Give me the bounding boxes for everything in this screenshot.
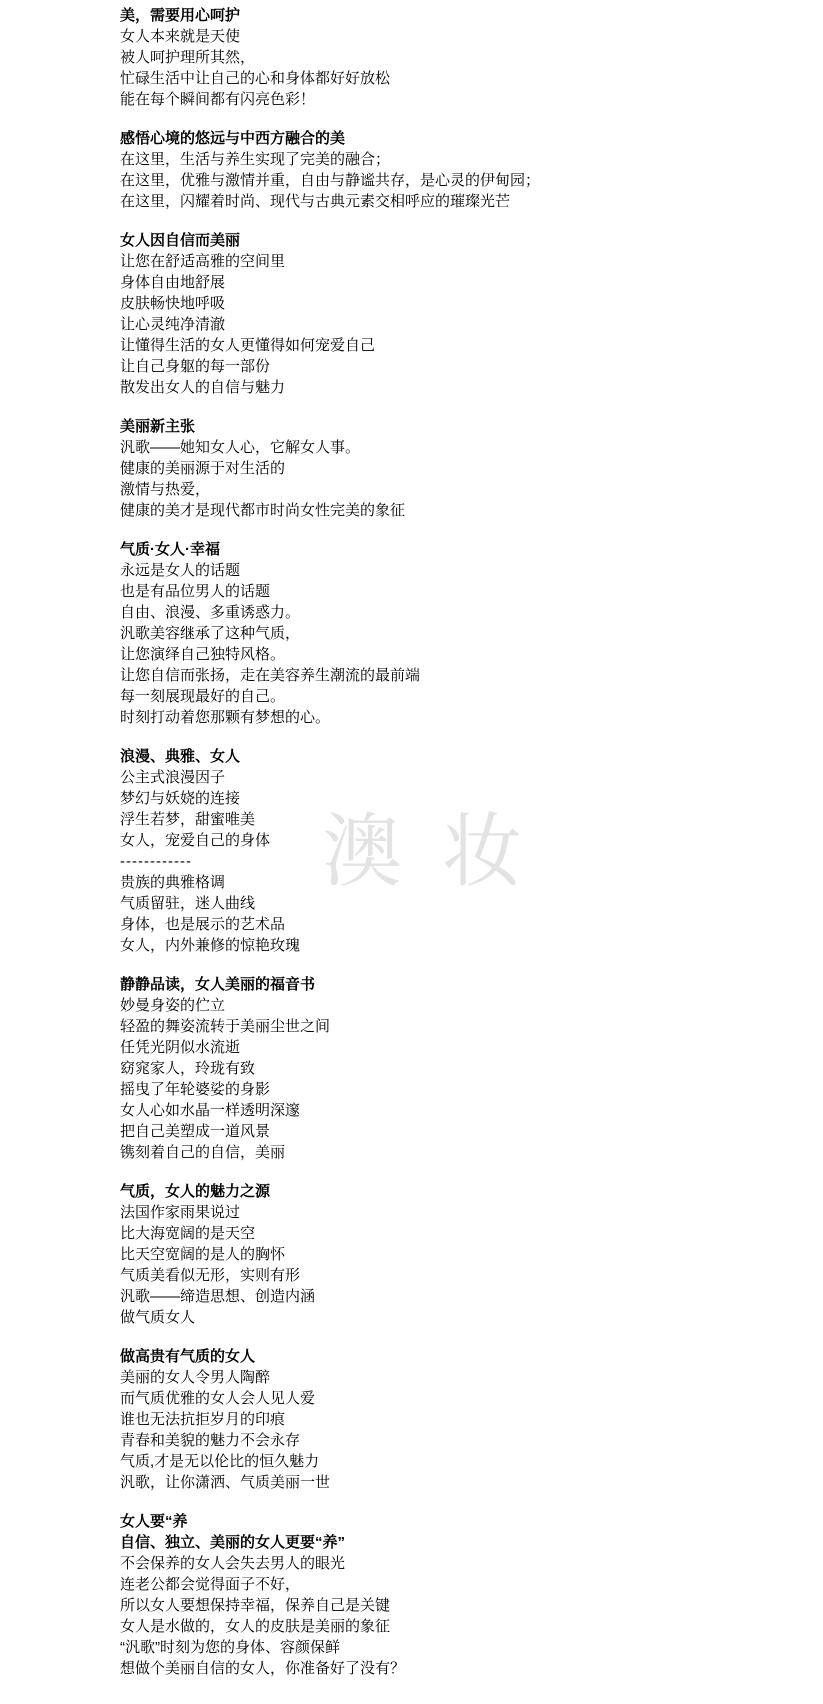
text-line: 想做个美丽自信的女人，你准备好了没有？ — [120, 1658, 720, 1679]
text-section: 女人因自信而美丽让您在舒适高雅的空间里身体自由地舒展皮肤畅快地呼吸让心灵纯净清澈… — [120, 230, 720, 398]
text-line: 皮肤畅快地呼吸 — [120, 293, 720, 314]
text-line: 法国作家雨果说过 — [120, 1202, 720, 1223]
text-line: 身体，也是展示的艺术品 — [120, 914, 720, 935]
text-line: 贵族的典雅格调 — [120, 872, 720, 893]
text-line: “汎歌”时刻为您的身体、容颜保鲜 — [120, 1637, 720, 1658]
text-section: 浪漫、典雅、女人公主式浪漫因子梦幻与妖娆的连接浮生若梦，甜蜜唯美女人，宠爱自己的… — [120, 746, 720, 956]
text-line: 把自己美塑成一道风景 — [120, 1121, 720, 1142]
text-line: 在这里，生活与养生实现了完美的融合； — [120, 149, 720, 170]
text-line: 轻盈的舞姿流转于美丽尘世之间 — [120, 1016, 720, 1037]
text-line: 让您演绎自己独特风格。 — [120, 644, 720, 665]
text-line: 比大海宽阔的是天空 — [120, 1223, 720, 1244]
section-heading: 气质·女人·幸福 — [120, 539, 720, 560]
section-heading: 美丽新主张 — [120, 416, 720, 437]
section-heading: 美，需要用心呵护 — [120, 5, 720, 26]
text-line: 汎歌，让你潇洒、气质美丽一世 — [120, 1472, 720, 1493]
section-heading: 浪漫、典雅、女人 — [120, 746, 720, 767]
text-line: 女人，宠爱自己的身体 — [120, 830, 720, 851]
text-line: 气质,才是无以伦比的恒久魅力 — [120, 1451, 720, 1472]
section-heading: 感悟心境的悠远与中西方融合的美 — [120, 128, 720, 149]
text-line: 气质留驻，迷人曲线 — [120, 893, 720, 914]
text-line: 汎歌——缔造思想、创造内涵 — [120, 1286, 720, 1307]
text-line: 气质美看似无形，实则有形 — [120, 1265, 720, 1286]
text-line: 身体自由地舒展 — [120, 272, 720, 293]
text-line: 也是有品位男人的话题 — [120, 581, 720, 602]
section-heading: 静静品读，女人美丽的福音书 — [120, 974, 720, 995]
text-line: 汎歌美容继承了这种气质， — [120, 623, 720, 644]
section-heading: 做高贵有气质的女人 — [120, 1346, 720, 1367]
text-line: 散发出女人的自信与魅力 — [120, 377, 720, 398]
text-line: 女人，内外兼修的惊艳玫瑰 — [120, 935, 720, 956]
text-line: 能在每个瞬间都有闪亮色彩！ — [120, 89, 720, 110]
text-line: 青春和美貌的魅力不会永存 — [120, 1430, 720, 1451]
text-section: 美，需要用心呵护女人本来就是天使被人呵护理所其然，忙碌生活中让自己的心和身体都好… — [120, 5, 720, 110]
document-content: 美，需要用心呵护女人本来就是天使被人呵护理所其然，忙碌生活中让自己的心和身体都好… — [120, 5, 720, 1679]
text-line: 让您在舒适高雅的空间里 — [120, 251, 720, 272]
text-line: 汎歌——她知女人心，它解女人事。 — [120, 437, 720, 458]
text-line: 自由、浪漫、多重诱惑力。 — [120, 602, 720, 623]
text-line: 被人呵护理所其然， — [120, 47, 720, 68]
document-page: 澳 妆 美，需要用心呵护女人本来就是天使被人呵护理所其然，忙碌生活中让自己的心和… — [0, 0, 823, 1704]
text-line: 每一刻展现最好的自己。 — [120, 686, 720, 707]
text-line: 比天空宽阔的是人的胸怀 — [120, 1244, 720, 1265]
section-heading: 自信、独立、美丽的女人更要“养” — [120, 1532, 720, 1553]
text-section: 静静品读，女人美丽的福音书妙曼身姿的伫立轻盈的舞姿流转于美丽尘世之间任凭光阴似水… — [120, 974, 720, 1163]
text-line: 公主式浪漫因子 — [120, 767, 720, 788]
text-section: 女人要“养自信、独立、美丽的女人更要“养”不会保养的女人会失去男人的眼光连老公都… — [120, 1511, 720, 1679]
text-line: 女人心如水晶一样透明深邃 — [120, 1100, 720, 1121]
text-line: 谁也无法抗拒岁月的印痕 — [120, 1409, 720, 1430]
text-line: 让您自信而张扬，走在美容养生潮流的最前端 — [120, 665, 720, 686]
text-section: 气质·女人·幸福永远是女人的话题也是有品位男人的话题自由、浪漫、多重诱惑力。汎歌… — [120, 539, 720, 728]
text-line: 时刻打动着您那颗有梦想的心。 — [120, 707, 720, 728]
text-line: 在这里，闪耀着时尚、现代与古典元素交相呼应的璀璨光芒 — [120, 191, 720, 212]
text-line: 所以女人要想保持幸福，保养自己是关键 — [120, 1595, 720, 1616]
section-heading: 女人因自信而美丽 — [120, 230, 720, 251]
text-line: 忙碌生活中让自己的心和身体都好好放松 — [120, 68, 720, 89]
text-line: 在这里，优雅与激情并重，自由与静谧共存，是心灵的伊甸园； — [120, 170, 720, 191]
text-line: 任凭光阴似水流逝 — [120, 1037, 720, 1058]
text-line: 浮生若梦，甜蜜唯美 — [120, 809, 720, 830]
text-section: 气质，女人的魅力之源法国作家雨果说过比大海宽阔的是天空比天空宽阔的是人的胸怀气质… — [120, 1181, 720, 1328]
text-line: 妙曼身姿的伫立 — [120, 995, 720, 1016]
text-line: 镌刻着自己的自信，美丽 — [120, 1142, 720, 1163]
text-section: 美丽新主张汎歌——她知女人心，它解女人事。健康的美丽源于对生活的激情与热爱，健康… — [120, 416, 720, 521]
text-line: 不会保养的女人会失去男人的眼光 — [120, 1553, 720, 1574]
text-line: 健康的美才是现代都市时尚女性完美的象征 — [120, 500, 720, 521]
text-line: 美丽的女人令男人陶醉 — [120, 1367, 720, 1388]
text-section: 感悟心境的悠远与中西方融合的美在这里，生活与养生实现了完美的融合；在这里，优雅与… — [120, 128, 720, 212]
text-line: 女人本来就是天使 — [120, 26, 720, 47]
text-line: 让心灵纯净清澈 — [120, 314, 720, 335]
text-line: 激情与热爱， — [120, 479, 720, 500]
text-line: 健康的美丽源于对生活的 — [120, 458, 720, 479]
text-line: 梦幻与妖娆的连接 — [120, 788, 720, 809]
text-line: 连老公都会觉得面子不好， — [120, 1574, 720, 1595]
text-line: 让懂得生活的女人更懂得如何宠爱自己 — [120, 335, 720, 356]
text-line: 摇曳了年轮婆娑的身影 — [120, 1079, 720, 1100]
text-line: 窈窕家人，玲珑有致 — [120, 1058, 720, 1079]
section-heading: 女人要“养 — [120, 1511, 720, 1532]
text-line: 而气质优雅的女人会人见人爱 — [120, 1388, 720, 1409]
text-line: 做气质女人 — [120, 1307, 720, 1328]
separator-line: ------------ — [120, 851, 720, 872]
text-line: 永远是女人的话题 — [120, 560, 720, 581]
text-section: 做高贵有气质的女人美丽的女人令男人陶醉而气质优雅的女人会人见人爱谁也无法抗拒岁月… — [120, 1346, 720, 1493]
text-line: 让自己身躯的每一部份 — [120, 356, 720, 377]
text-line: 女人是水做的，女人的皮肤是美丽的象征 — [120, 1616, 720, 1637]
section-heading: 气质，女人的魅力之源 — [120, 1181, 720, 1202]
